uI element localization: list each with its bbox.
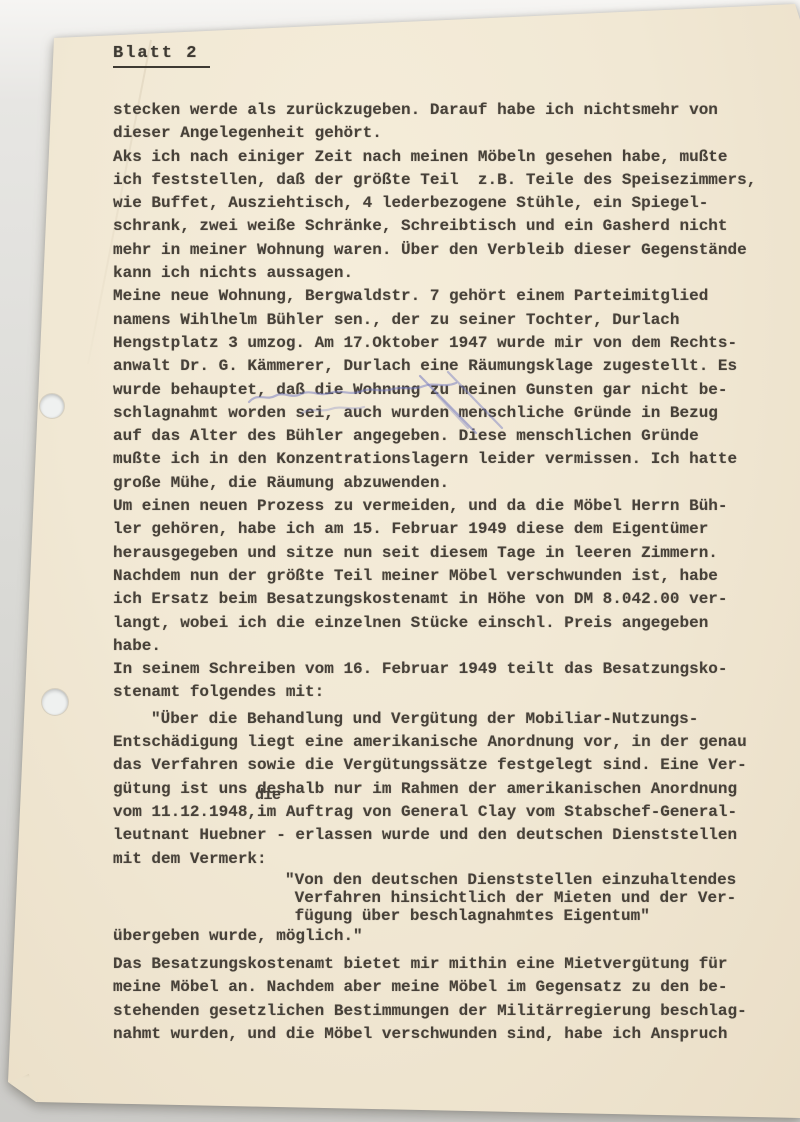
text-line: stenamt folgendes mit: bbox=[113, 681, 778, 704]
text-line: das Verfahren sowie die Vergütungssätze … bbox=[113, 754, 778, 777]
paragraph: Um einen neuen Prozess zu vermeiden, und… bbox=[113, 495, 778, 658]
text-line: Verfahren hinsichtlich der Mieten und de… bbox=[285, 889, 778, 907]
text-line: stecken werde als zurückzugeben. Darauf … bbox=[113, 99, 778, 122]
text-line: Um einen neuen Prozess zu vermeiden, und… bbox=[113, 495, 778, 518]
paragraph: Das Besatzungskostenamt bietet mir mithi… bbox=[113, 953, 778, 1046]
paragraph: "Über die Behandlung und Vergütung der M… bbox=[113, 708, 778, 871]
text-line: Nachdem nun der größte Teil meiner Möbel… bbox=[113, 565, 778, 588]
paragraph: Meine neue Wohnung, Bergwaldstr. 7 gehör… bbox=[113, 285, 778, 495]
text-line: stehenden gesetzlichen Bestimmungen der … bbox=[113, 1000, 778, 1023]
text-line: wie Buffet, Ausziehtisch, 4 lederbezogen… bbox=[113, 192, 778, 215]
paragraph: übergeben wurde, möglich." bbox=[113, 925, 778, 948]
text-line: wurde behauptet, daß die Wohnung zu mein… bbox=[113, 379, 778, 402]
text-line: auf das Alter des Bühler angegeben. Dies… bbox=[113, 425, 778, 448]
text-line: mit dem Vermerk: bbox=[113, 848, 778, 871]
text-line: schrank, zwei weiße Schränke, Schreibtis… bbox=[113, 215, 778, 238]
text-line: schlagnahmt worden sei, auch wurden mens… bbox=[113, 402, 778, 425]
text-line: gütung ist uns deshalb nur im Rahmen der… bbox=[113, 778, 778, 801]
corner-fold bbox=[8, 1074, 40, 1104]
punch-hole-top bbox=[40, 394, 64, 418]
scanned-document-page: { "colors": { "paper": "#f1e8d4", "typew… bbox=[0, 0, 800, 1122]
text-line: "Von den deutschen Dienststellen einzuha… bbox=[285, 871, 778, 889]
text-line: Das Besatzungskostenamt bietet mir mithi… bbox=[113, 953, 778, 976]
text-line: mußte ich in den Konzentrationslagern le… bbox=[113, 448, 778, 471]
text-line: namens Wihlhelm Bühler sen., der zu sein… bbox=[113, 309, 778, 332]
text-line: Hengstplatz 3 umzog. Am 17.Oktober 1947 … bbox=[113, 332, 778, 355]
text-line: kann ich nichts aussagen. bbox=[113, 262, 778, 285]
text-line: langt, wobei ich die einzelnen Stücke ei… bbox=[113, 612, 778, 635]
text-line: übergeben wurde, möglich." bbox=[113, 925, 778, 948]
text-line: große Mühe, die Räumung abzuwenden. bbox=[113, 472, 778, 495]
text-line: ich Ersatz beim Besatzungskostenamt in H… bbox=[113, 588, 778, 611]
text-line: Entschädigung liegt eine amerikanische A… bbox=[113, 731, 778, 754]
interlinear-insertion: die bbox=[255, 789, 281, 803]
text-line: leutnant Huebner - erlassen wurde und de… bbox=[113, 824, 778, 847]
text-line: vom 11.12.1948,im Auftrag von General Cl… bbox=[113, 801, 778, 824]
text-line: meine Möbel an. Nachdem aber meine Möbel… bbox=[113, 976, 778, 999]
text-line: Meine neue Wohnung, Bergwaldstr. 7 gehör… bbox=[113, 285, 778, 308]
text-line: ler gehören, habe ich am 15. Februar 194… bbox=[113, 518, 778, 541]
text-line: ich feststellen, daß der größte Teil z.B… bbox=[113, 169, 778, 192]
text-line: Aks ich nach einiger Zeit nach meinen Mö… bbox=[113, 146, 778, 169]
text-line: nahmt wurden, und die Möbel verschwunden… bbox=[113, 1023, 778, 1046]
text-line: "Über die Behandlung und Vergütung der M… bbox=[113, 708, 778, 731]
document-body: stecken werde als zurückzugeben. Darauf … bbox=[113, 99, 778, 1046]
page-heading: Blatt 2 bbox=[113, 44, 210, 68]
text-line: fügung über beschlagnahmtes Eigentum" bbox=[285, 907, 778, 925]
text-line: herausgegeben und sitze nun seit diesem … bbox=[113, 542, 778, 565]
paragraph: "Von den deutschen Dienststellen einzuha… bbox=[285, 871, 778, 925]
paragraph: Aks ich nach einiger Zeit nach meinen Mö… bbox=[113, 146, 778, 286]
paragraph: In seinem Schreiben vom 16. Februar 1949… bbox=[113, 658, 778, 705]
punch-hole-bottom bbox=[42, 689, 68, 715]
text-line: habe. bbox=[113, 635, 778, 658]
text-line: In seinem Schreiben vom 16. Februar 1949… bbox=[113, 658, 778, 681]
text-line: anwalt Dr. G. Kämmerer, Durlach eine Räu… bbox=[113, 355, 778, 378]
text-line: dieser Angelegenheit gehört. bbox=[113, 122, 778, 145]
paragraph: stecken werde als zurückzugeben. Darauf … bbox=[113, 99, 778, 146]
text-line: mehr in meiner Wohnung waren. Über den V… bbox=[113, 239, 778, 262]
